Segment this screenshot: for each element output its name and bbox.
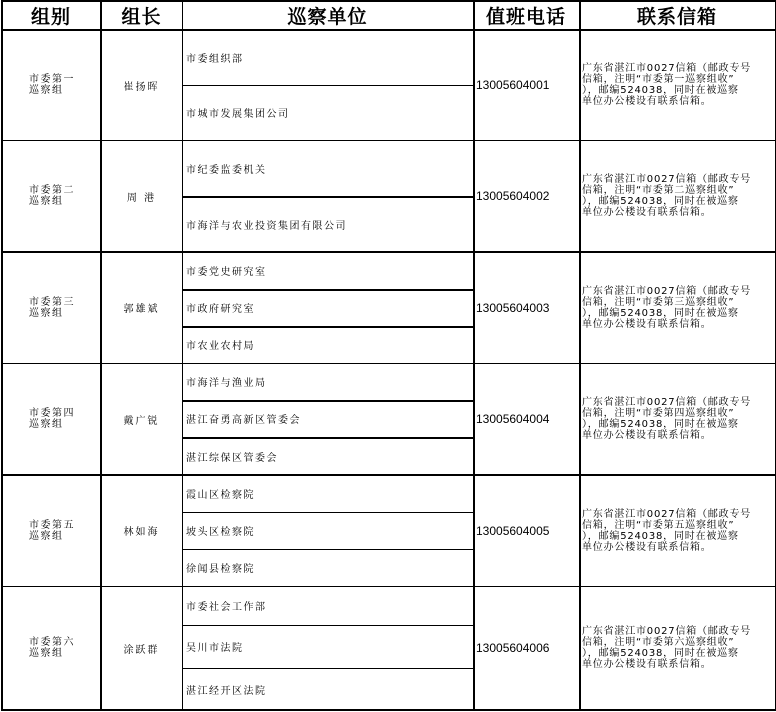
mailbox-line: ），邮编524038，同时在被巡察 (582, 308, 751, 319)
unit-divider (182, 196, 474, 198)
mailbox-line: 信箱，注明“市委第一巡察组收” (582, 74, 751, 85)
group-name-line2: 巡察组 (29, 648, 75, 659)
group-name-line1: 市委第六 (29, 637, 75, 648)
header-mailbox: 联系信箱 (579, 0, 775, 30)
unit-name: 市委组织部 (182, 30, 473, 85)
duty-phone: 13005604002 (473, 140, 579, 252)
unit-name: 市海洋与农业投资集团有限公司 (182, 196, 473, 252)
mailbox-line: 广东省湛江市0027信箱（邮政专号 (582, 174, 751, 185)
duty-phone: 13005604005 (473, 475, 579, 586)
unit-divider (182, 85, 474, 87)
group-cell: 市委第二巡察组 (1, 140, 101, 252)
mailbox-line: ），邮编524038，同时在被巡察 (582, 531, 751, 542)
unit-name: 市委社会工作部 (182, 586, 473, 625)
mailbox-line: ），邮编524038，同时在被巡察 (582, 419, 751, 430)
unit-name: 市农业农村局 (182, 326, 473, 363)
mailbox-line: 单位办公楼设有联系信箱。 (582, 207, 751, 218)
column-divider (182, 0, 184, 711)
unit-name: 湛江经开区法院 (182, 668, 473, 710)
mailbox-line: 单位办公楼设有联系信箱。 (582, 430, 751, 441)
header-divider (1, 29, 776, 31)
mailbox-line: ），邮编524038，同时在被巡察 (582, 648, 751, 659)
unit-divider (182, 289, 474, 291)
unit-divider (182, 512, 474, 514)
unit-name: 霞山区检察院 (182, 475, 473, 512)
mailbox-line: 单位办公楼设有联系信箱。 (582, 319, 751, 330)
mailbox-line: 信箱，注明“市委第三巡察组收” (582, 297, 751, 308)
mailbox-line: 信箱，注明“市委第四巡察组收” (582, 408, 751, 419)
group-name-line2: 巡察组 (29, 85, 75, 96)
group-name-line2: 巡察组 (29, 196, 75, 207)
group-name-line2: 巡察组 (29, 308, 75, 319)
group-name-line1: 市委第四 (29, 408, 75, 419)
mailbox-line: 广东省湛江市0027信箱（邮政专号 (582, 509, 751, 520)
group-cell: 市委第五巡察组 (1, 475, 101, 586)
column-divider (473, 0, 475, 711)
unit-name: 市城市发展集团公司 (182, 85, 473, 140)
row-divider (1, 251, 776, 253)
unit-name: 市海洋与渔业局 (182, 363, 473, 400)
leader-name: 崔扬晖 (101, 30, 182, 140)
group-name-line1: 市委第五 (29, 520, 75, 531)
duty-phone: 13005604006 (473, 586, 579, 710)
group-name-line1: 市委第三 (29, 297, 75, 308)
mailbox-cell: 广东省湛江市0027信箱（邮政专号信箱，注明“市委第二巡察组收”），邮编5240… (579, 140, 775, 252)
table-border-top (1, 0, 776, 2)
mailbox-line: 广东省湛江市0027信箱（邮政专号 (582, 626, 751, 637)
inspection-groups-table: 组别 组长 巡察单位 值班电话 联系信箱 市委第一巡察组 崔扬晖 市委组织部 市… (0, 0, 776, 712)
row-divider (1, 586, 776, 588)
unit-divider (182, 326, 474, 328)
mailbox-line: ），邮编524038，同时在被巡察 (582, 85, 751, 96)
unit-name: 市委党史研究室 (182, 252, 473, 289)
duty-phone: 13005604001 (473, 30, 579, 140)
unit-divider (182, 549, 474, 551)
unit-divider (182, 625, 474, 627)
leader-name: 郭雄斌 (101, 252, 182, 363)
unit-divider (182, 400, 474, 402)
group-name-line2: 巡察组 (29, 419, 75, 430)
row-divider (1, 363, 776, 365)
unit-name: 湛江奋勇高新区管委会 (182, 400, 473, 437)
mailbox-cell: 广东省湛江市0027信箱（邮政专号信箱，注明“市委第四巡察组收”），邮编5240… (579, 363, 775, 475)
leader-name: 涂跃群 (101, 586, 182, 710)
unit-name: 吴川市法院 (182, 625, 473, 668)
mailbox-cell: 广东省湛江市0027信箱（邮政专号信箱，注明“市委第一巡察组收”），邮编5240… (579, 30, 775, 140)
header-phone: 值班电话 (473, 0, 579, 30)
group-cell: 市委第一巡察组 (1, 30, 101, 140)
leader-name: 周 港 (101, 140, 182, 252)
row-divider (1, 140, 776, 142)
group-cell: 市委第四巡察组 (1, 363, 101, 475)
row-divider (1, 474, 776, 476)
unit-divider (182, 668, 474, 670)
header-leader: 组长 (101, 0, 182, 30)
mailbox-line: 广东省湛江市0027信箱（邮政专号 (582, 397, 751, 408)
mailbox-line: 单位办公楼设有联系信箱。 (582, 96, 751, 107)
mailbox-line: 广东省湛江市0027信箱（邮政专号 (582, 63, 751, 74)
mailbox-line: 信箱，注明“市委第二巡察组收” (582, 185, 751, 196)
group-name-line1: 市委第一 (29, 74, 75, 85)
mailbox-line: 广东省湛江市0027信箱（邮政专号 (582, 286, 751, 297)
unit-name: 徐闻县检察院 (182, 549, 473, 586)
table-border-bottom (1, 709, 776, 711)
mailbox-line: 单位办公楼设有联系信箱。 (582, 542, 751, 553)
column-divider (100, 0, 102, 711)
leader-name: 林如海 (101, 475, 182, 586)
duty-phone: 13005604003 (473, 252, 579, 363)
mailbox-cell: 广东省湛江市0027信箱（邮政专号信箱，注明“市委第六巡察组收”），邮编5240… (579, 586, 775, 710)
mailbox-line: 信箱，注明“市委第六巡察组收” (582, 637, 751, 648)
group-cell: 市委第三巡察组 (1, 252, 101, 363)
header-group: 组别 (1, 0, 101, 30)
header-units: 巡察单位 (182, 0, 473, 30)
unit-divider (182, 437, 474, 439)
mailbox-line: 信箱，注明“市委第五巡察组收” (582, 520, 751, 531)
mailbox-cell: 广东省湛江市0027信箱（邮政专号信箱，注明“市委第三巡察组收”），邮编5240… (579, 252, 775, 363)
group-cell: 市委第六巡察组 (1, 586, 101, 710)
mailbox-line: 单位办公楼设有联系信箱。 (582, 659, 751, 670)
unit-name: 坡头区检察院 (182, 512, 473, 549)
group-name-line1: 市委第二 (29, 185, 75, 196)
mailbox-line: ），邮编524038，同时在被巡察 (582, 196, 751, 207)
duty-phone: 13005604004 (473, 363, 579, 475)
table-border-left (1, 0, 3, 711)
unit-name: 湛江综保区管委会 (182, 437, 473, 475)
unit-name: 市政府研究室 (182, 289, 473, 326)
leader-name: 戴广锐 (101, 363, 182, 475)
mailbox-cell: 广东省湛江市0027信箱（邮政专号信箱，注明“市委第五巡察组收”），邮编5240… (579, 475, 775, 586)
column-divider (579, 0, 581, 711)
unit-name: 市纪委监委机关 (182, 140, 473, 196)
group-name-line2: 巡察组 (29, 531, 75, 542)
